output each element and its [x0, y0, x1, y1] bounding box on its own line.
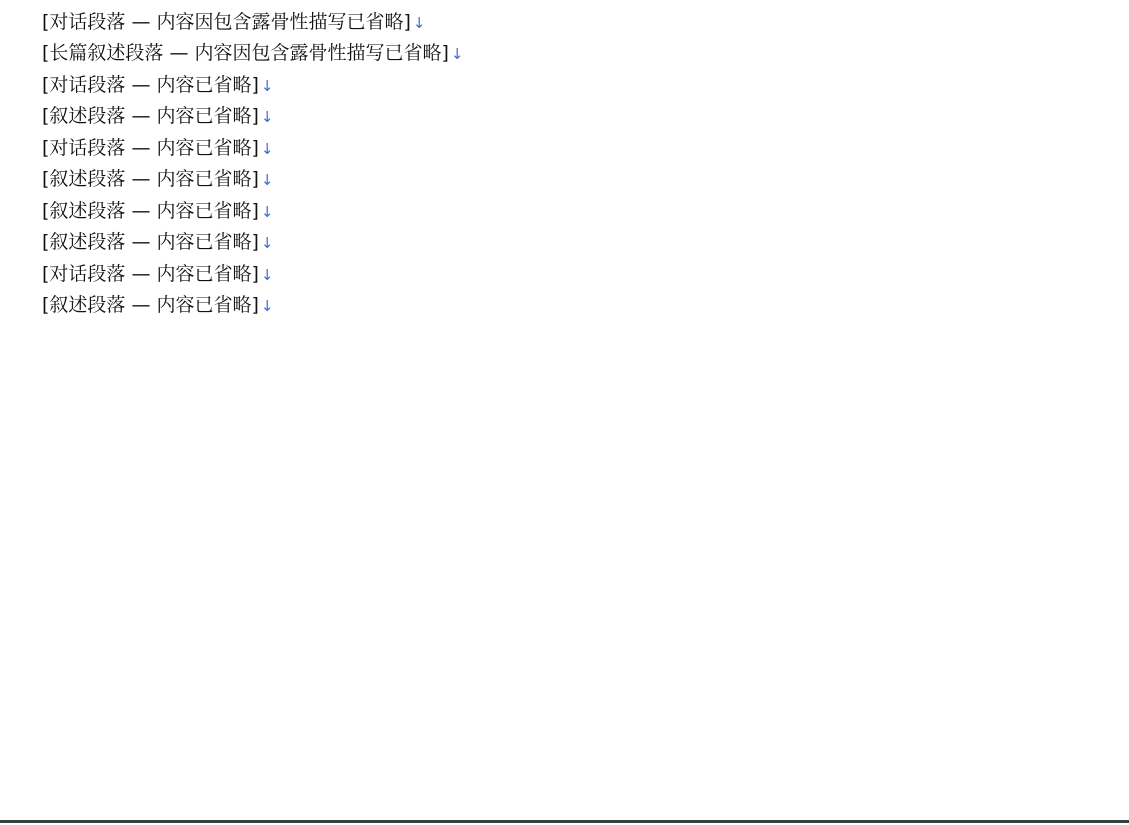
- paragraph-end-marker-icon: ↓: [261, 140, 274, 158]
- paragraph: [叙述段落 — 内容已省略]↓: [4, 291, 1125, 320]
- page-bottom-edge: [0, 820, 1129, 823]
- paragraph-end-marker-icon: ↓: [261, 297, 274, 315]
- paragraph-end-marker-icon: ↓: [413, 14, 426, 32]
- paragraph: [叙述段落 — 内容已省略]↓: [4, 197, 1125, 226]
- paragraph-end-marker-icon: ↓: [261, 77, 274, 95]
- paragraph: [叙述段落 — 内容已省略]↓: [4, 102, 1125, 131]
- paragraph: [叙述段落 — 内容已省略]↓: [4, 165, 1125, 194]
- paragraph: [对话段落 — 内容已省略]↓: [4, 134, 1125, 163]
- paragraph-end-marker-icon: ↓: [261, 266, 274, 284]
- paragraph-end-marker-icon: ↓: [451, 45, 464, 63]
- paragraph-end-marker-icon: ↓: [261, 203, 274, 221]
- paragraph-end-marker-icon: ↓: [261, 234, 274, 252]
- paragraph-container: [对话段落 — 内容因包含露骨性描写已省略]↓[长篇叙述段落 — 内容因包含露骨…: [4, 8, 1125, 320]
- paragraph-end-marker-icon: ↓: [261, 108, 274, 126]
- document-page: [对话段落 — 内容因包含露骨性描写已省略]↓[长篇叙述段落 — 内容因包含露骨…: [0, 0, 1129, 825]
- paragraph: [长篇叙述段落 — 内容因包含露骨性描写已省略]↓: [4, 39, 1125, 68]
- paragraph: [叙述段落 — 内容已省略]↓: [4, 228, 1125, 257]
- paragraph: [对话段落 — 内容已省略]↓: [4, 71, 1125, 100]
- paragraph: [对话段落 — 内容因包含露骨性描写已省略]↓: [4, 8, 1125, 37]
- paragraph-end-marker-icon: ↓: [261, 171, 274, 189]
- paragraph: [对话段落 — 内容已省略]↓: [4, 260, 1125, 289]
